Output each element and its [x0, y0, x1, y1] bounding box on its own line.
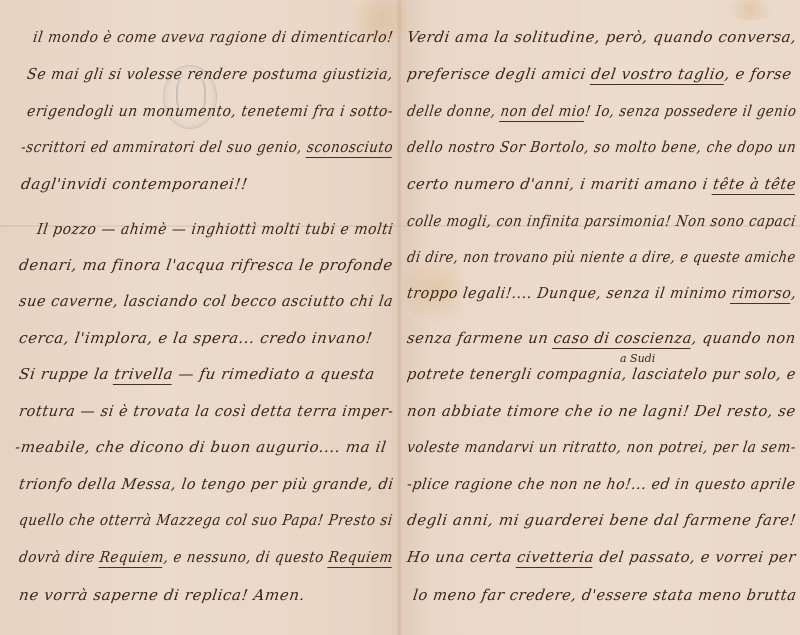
line-segment: preferisce degli amici: [406, 65, 592, 83]
line-segment: -scrittori ed ammiratori del suo genio,: [20, 138, 304, 156]
underlined-word: sconosciuto: [306, 138, 395, 158]
line-segment: — fu rimediato a questa: [172, 365, 376, 383]
letter-line: non abbiate timore che io ne lagni! Del …: [406, 402, 797, 420]
line-segment: Si ruppe la: [18, 365, 116, 383]
letter-line: -scrittori ed ammiratori del suo genio, …: [20, 138, 394, 156]
letter-line: delle donne, non del mio! Io, senza poss…: [406, 102, 798, 120]
underlined-word: tête à tête: [712, 175, 798, 195]
paper-stain: [720, 0, 780, 20]
underlined-word: rimorso: [730, 284, 792, 304]
line-segment: , e nessuno, di questo: [163, 548, 330, 566]
line-segment: , quando non: [691, 329, 797, 347]
letter-line: quello che otterrà Mazzega col suo Papa!…: [18, 511, 394, 529]
underlined-word: Requiem: [98, 548, 165, 568]
letter-line: cerca, l'implora, e la spera... credo in…: [18, 329, 374, 347]
line-segment: delle donne,: [406, 102, 502, 120]
letter-line: sue caverne, lasciando col becco asciutt…: [18, 292, 395, 310]
line-segment: , e forse: [724, 65, 793, 83]
letter-line: colle mogli, con infinita parsimonia! No…: [406, 212, 797, 230]
letter-line: preferisce degli amici del vostro taglio…: [406, 65, 793, 83]
letter-line: lo meno far credere, d'essere stata meno…: [412, 586, 798, 604]
letter-line: Si ruppe la trivella — fu rimediato a qu…: [18, 365, 376, 383]
line-segment: senza farmene un: [406, 329, 555, 347]
letter-line: potrete tenergli compagnia, lasciatelo p…: [406, 365, 797, 383]
underlined-word: del vostro taglio: [590, 65, 726, 85]
underlined-word: trivella: [113, 365, 174, 385]
letter-line: ne vorrà saperne di replica! Amen.: [18, 586, 306, 604]
letter-line: troppo legali!.... Dunque, senza il mini…: [406, 284, 798, 302]
letter-line: il mondo è come aveva ragione di dimenti…: [32, 28, 395, 46]
underlined-word: civetteria: [516, 548, 596, 568]
letter-line: Se mai gli si volesse rendere postuma gi…: [26, 65, 394, 83]
letter-line: dovrà dire Requiem, e nessuno, di questo…: [18, 548, 394, 566]
letter-line: rottura — si è trovata la così detta ter…: [18, 402, 395, 420]
line-segment: del passato, e vorrei per: [593, 548, 797, 566]
letter-line: -plice ragione che non ne ho!... ed in q…: [406, 475, 797, 493]
letter-line: denari, ma finora l'acqua rifresca le pr…: [18, 256, 394, 274]
letter-line: -meabile, che dicono di buon augurio....…: [14, 438, 388, 456]
letter-line: dagl'invidi contemporanei!!: [20, 175, 249, 193]
letter-line: certo numero d'anni, i mariti amano i tê…: [406, 175, 798, 193]
line-segment: ! Io, senza possedere il genio: [584, 102, 798, 120]
letter-line: Verdi ama la solitudine, però, quando co…: [406, 28, 798, 46]
line-segment: dovrà dire: [18, 548, 101, 566]
interlinear-insertion: a Sudi: [620, 352, 655, 365]
letter-line: dello nostro Sor Bortolo, so molto bene,…: [406, 138, 798, 156]
letter-line: di dire, non trovano più niente a dire, …: [406, 248, 797, 266]
underlined-word: caso di coscienza: [552, 329, 693, 349]
letter-line: degli anni, mi guarderei bene dal farmen…: [406, 511, 798, 529]
letter-line: voleste mandarvi un ritratto, non potrei…: [406, 438, 797, 456]
underlined-word: non del mio: [499, 102, 586, 122]
line-segment: troppo legali!.... Dunque, senza il mini…: [406, 284, 733, 302]
letter-line: Il pozzo — ahimè — inghiottì molti tubi …: [36, 220, 395, 238]
letter-line: senza farmene un caso di coscienza, quan…: [406, 329, 797, 347]
center-fold: [397, 0, 401, 635]
letter-line: erigendogli un monumento, tenetemi fra i…: [26, 102, 395, 120]
letter-line: Ho una certa civetteria del passato, e v…: [406, 548, 797, 566]
line-segment: certo numero d'anni, i mariti amano i: [406, 175, 715, 193]
right-page: [399, 0, 800, 635]
underlined-word: Requiem: [327, 548, 394, 568]
line-segment: Ho una certa: [406, 548, 518, 566]
letter-line: trionfo della Messa, lo tengo per più gr…: [18, 475, 395, 493]
